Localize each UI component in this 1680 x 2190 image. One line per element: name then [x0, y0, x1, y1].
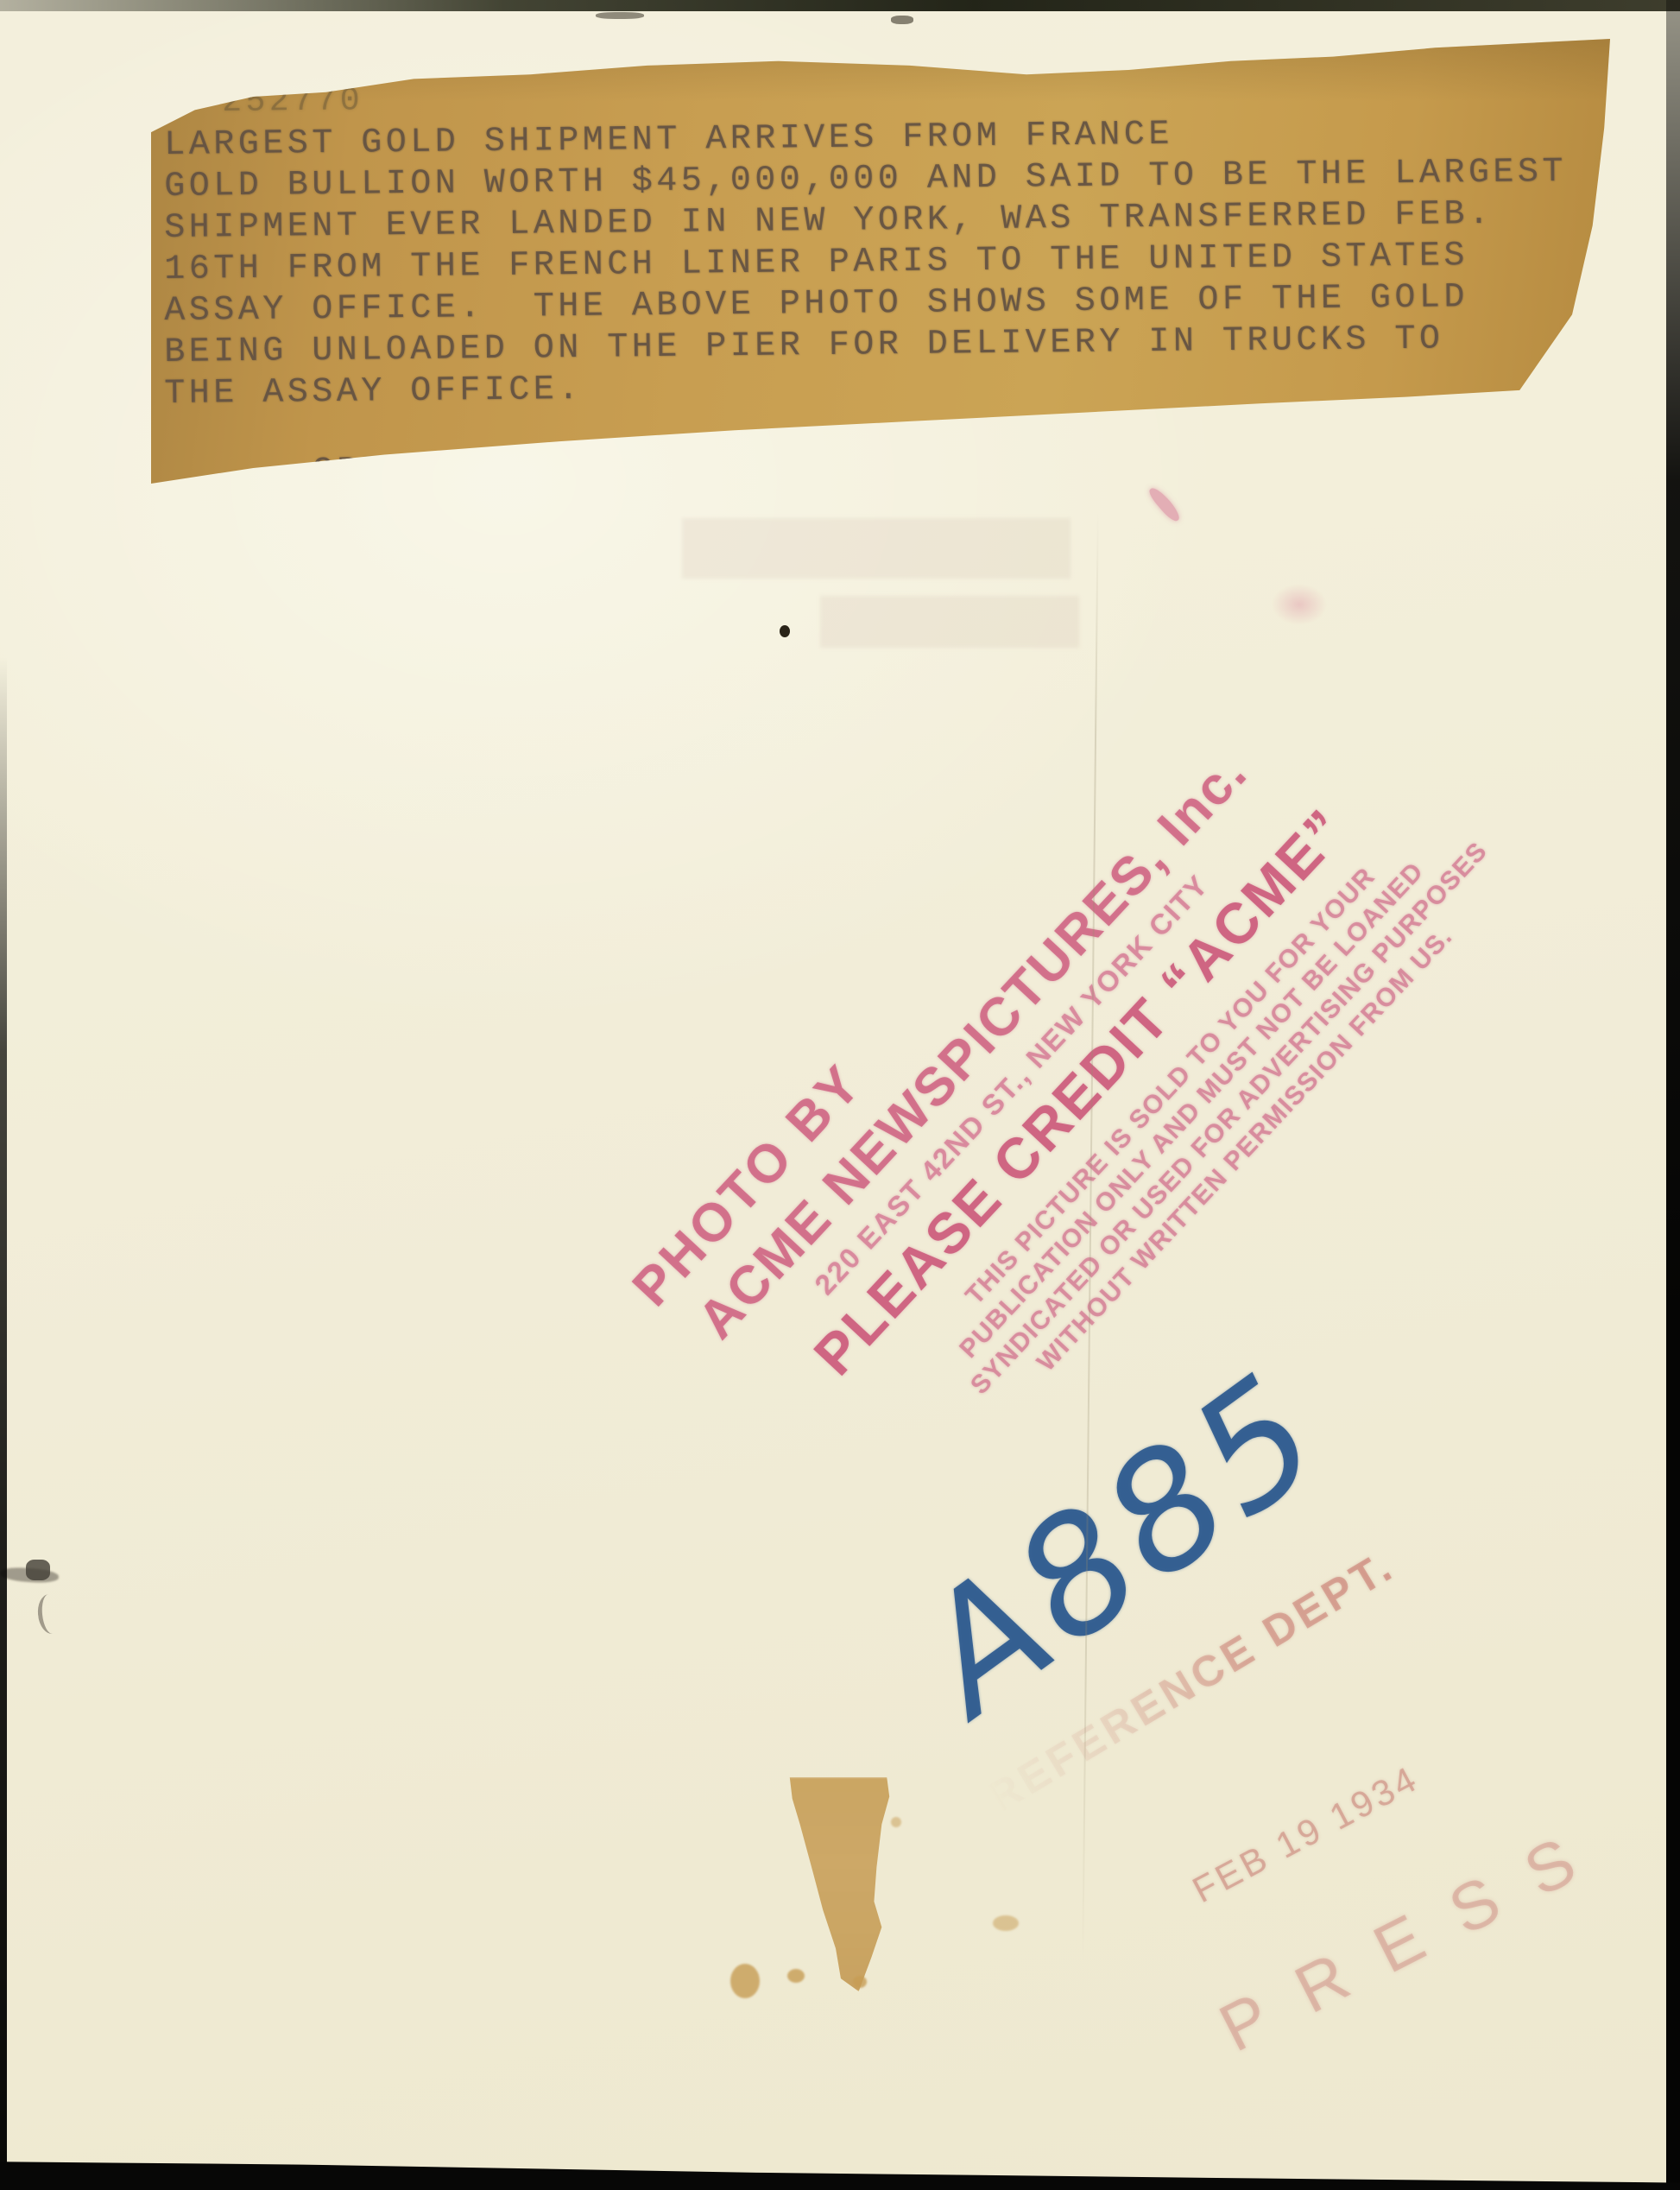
- photo-edge-left: [0, 0, 7, 2190]
- caption-line: THE ASSAY OFFICE.: [164, 370, 583, 415]
- pencil-mark: [26, 1560, 50, 1580]
- serial-number: 252770: [222, 82, 363, 121]
- credit-line: CREDIT LINE (ACME): [312, 448, 755, 491]
- photo-edge-right: [1666, 0, 1680, 2190]
- edge-speck: [891, 16, 913, 24]
- caption-date: 2/16/34: [819, 446, 992, 486]
- glue-spot: [853, 1976, 867, 1988]
- ghost-type-impression: [820, 596, 1079, 648]
- acme-agency-stamp: PHOTO BY ACME NEWSPICTURES, Inc. 220 EAS…: [618, 661, 1524, 1586]
- dirt-speck: [780, 625, 790, 637]
- glue-spot: [993, 1915, 1019, 1931]
- stamp-ink-smear: [1146, 484, 1183, 524]
- glue-spot: [787, 1969, 805, 1983]
- stamp-agency-name: ACME NEWSPICTURES, Inc.: [687, 710, 1291, 1351]
- pencil-mark: [36, 1593, 66, 1636]
- edge-speck: [596, 12, 644, 19]
- ghost-type-impression: [682, 518, 1071, 579]
- caption-label: 252770 LARGEST GOLD SHIPMENT ARRIVES FRO…: [151, 39, 1610, 484]
- press-photo-verso: 252770 LARGEST GOLD SHIPMENT ARRIVES FRO…: [0, 0, 1680, 2190]
- received-date-stamp: FEB 19 1934: [1186, 1757, 1426, 1911]
- credit-row: CREDIT LINE (ACME)2/16/34: [164, 407, 992, 532]
- glue-stain: [774, 1777, 902, 1991]
- stamp-ink-blot: [1262, 577, 1336, 632]
- glue-spot: [730, 1964, 760, 1998]
- glue-spot: [891, 1817, 901, 1827]
- photo-edge-bottom: [0, 2154, 1680, 2190]
- photo-edge-top: [0, 0, 1680, 11]
